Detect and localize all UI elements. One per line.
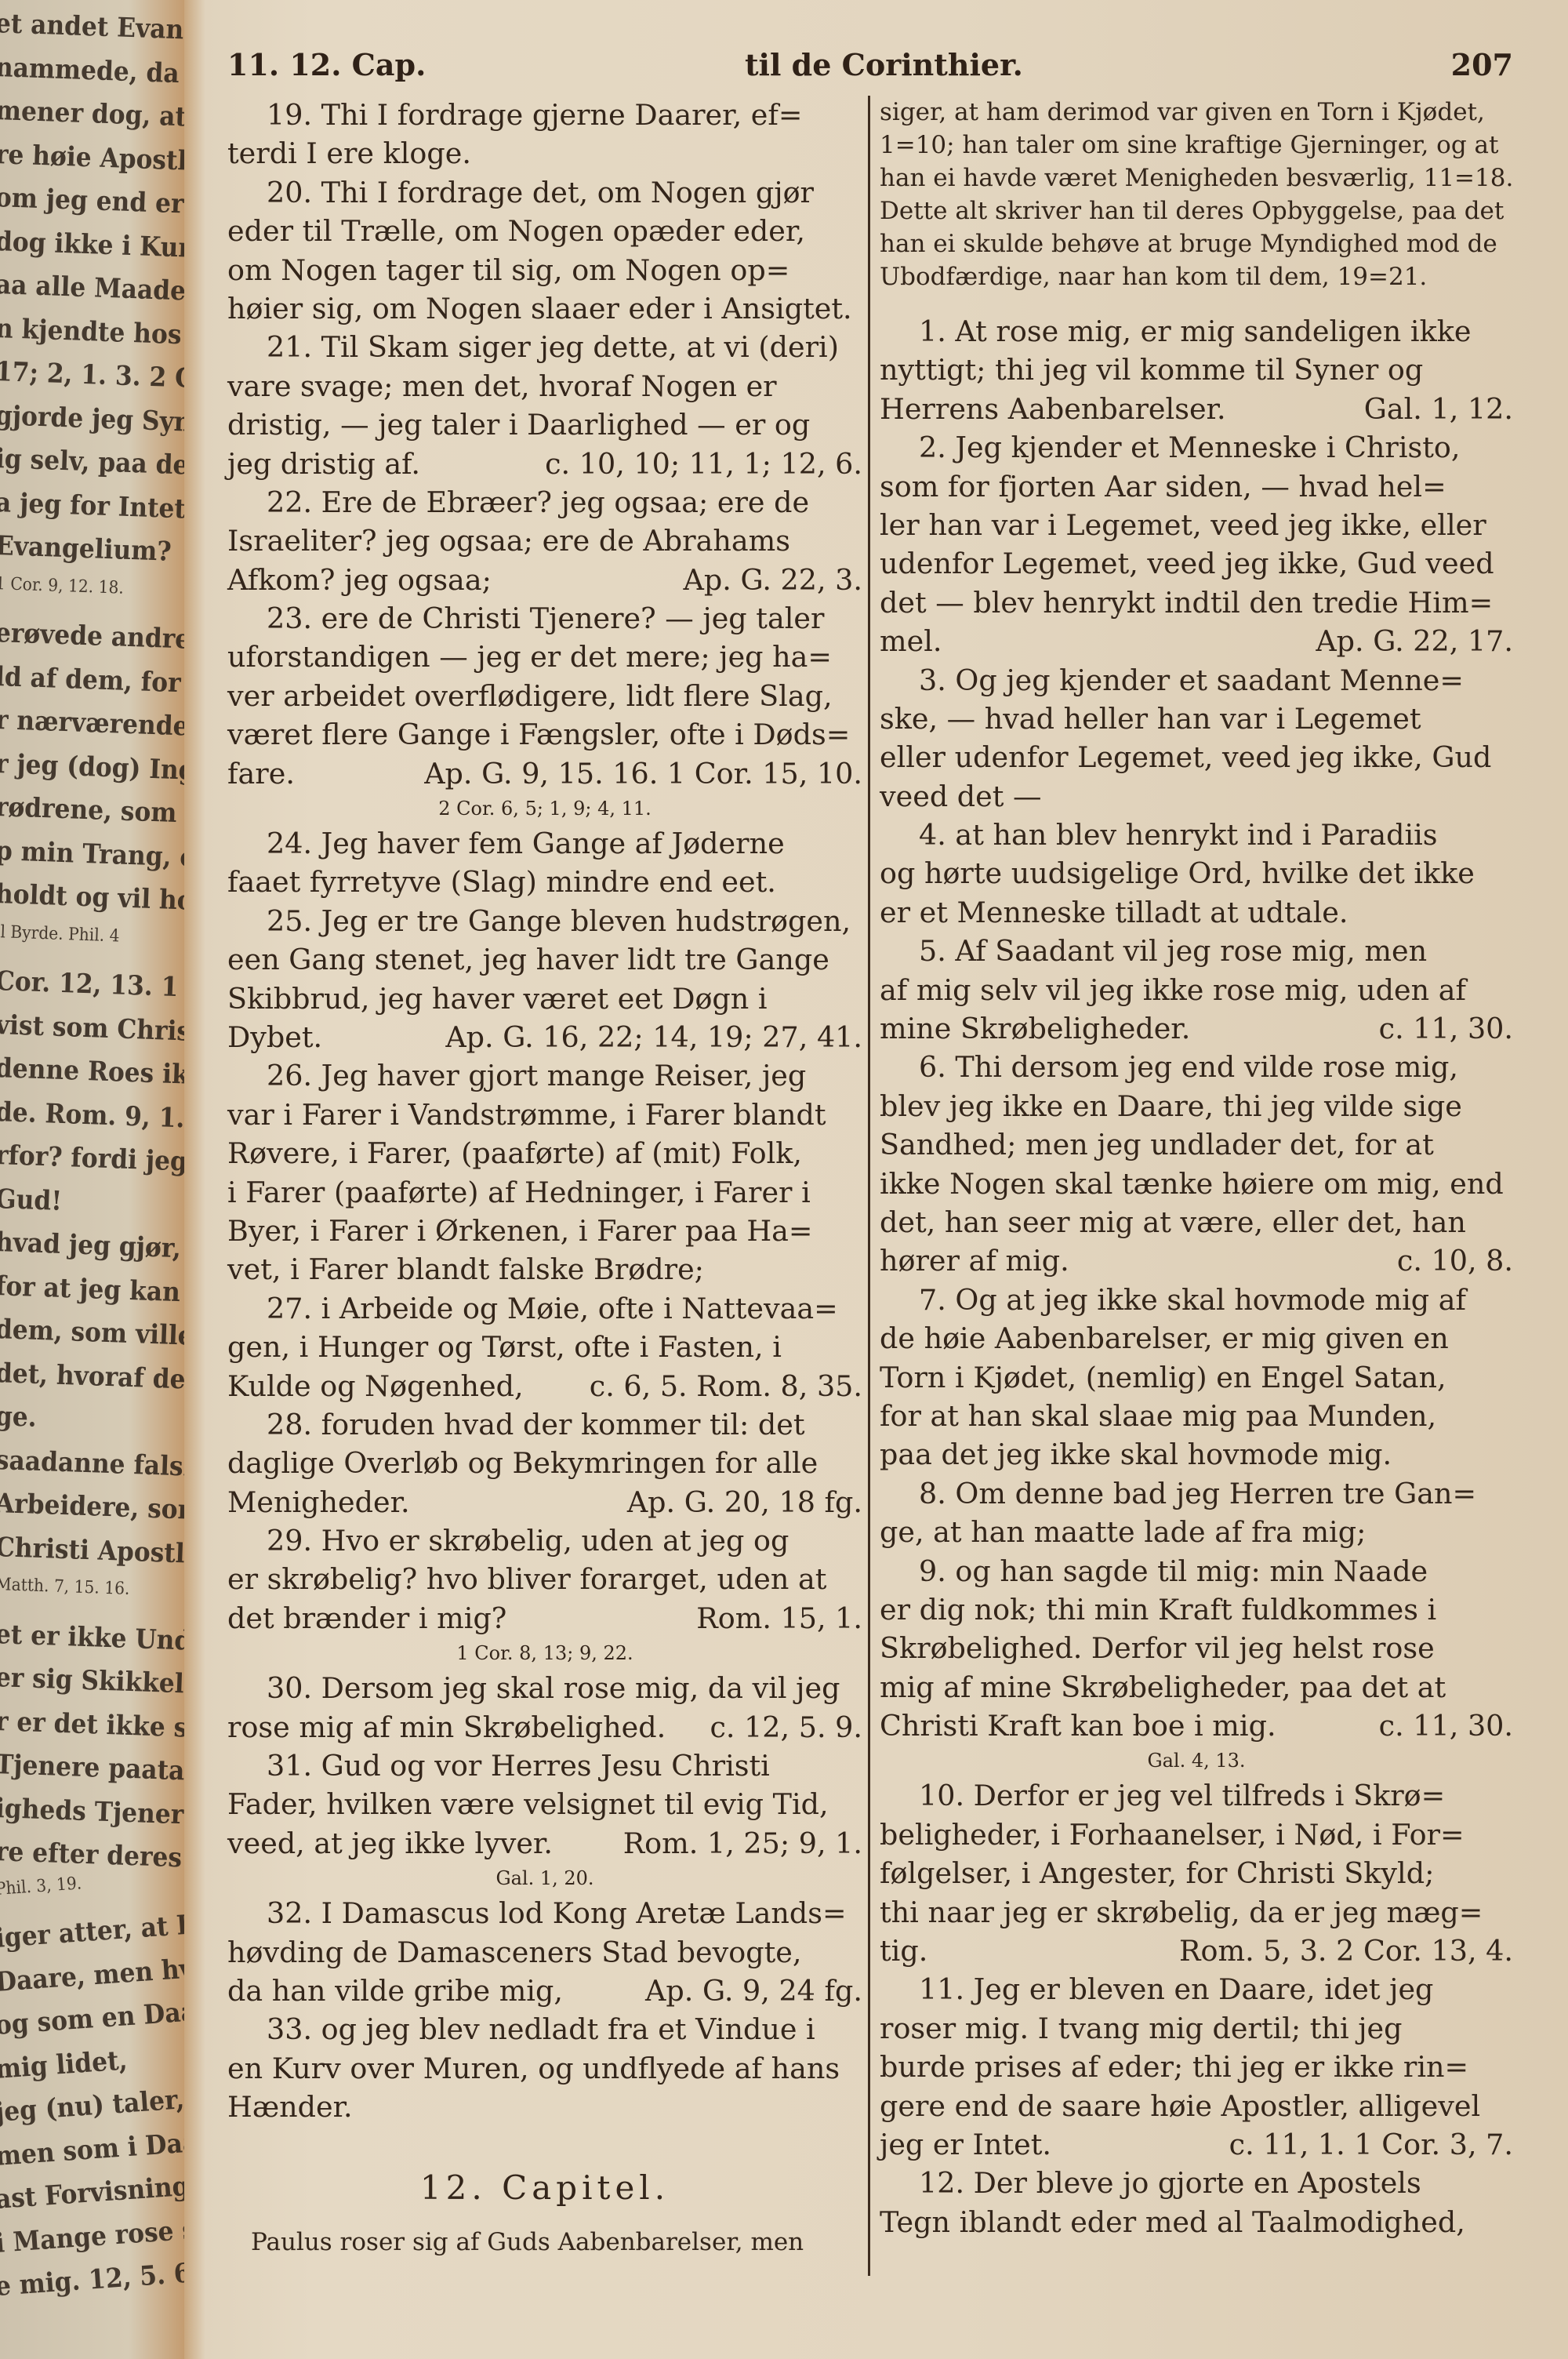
verse-start-line: 23. ere de Christi Tjenere? — jeg taler bbox=[227, 599, 862, 638]
verse-line-with-reference: jeg er Intet.c. 11, 1. 1 Cor. 3, 7. bbox=[880, 2125, 1513, 2164]
page-number: 207 bbox=[1451, 47, 1513, 82]
verse-text: Afkom? jeg ogsaa; bbox=[227, 561, 492, 599]
chapter-summary-line: Dette alt skriver han til deres Opbyggel… bbox=[880, 194, 1513, 227]
verse-text: veed, at jeg ikke lyver. bbox=[227, 1824, 553, 1863]
verse-line: vare svage; men det, hvoraf Nogen er bbox=[227, 367, 862, 405]
previous-page-line: rødrene, som kom fra bbox=[0, 791, 184, 833]
verse-line: faaet fyrretyve (Slag) mindre end eet. bbox=[227, 863, 862, 901]
marginal-cross-reference: Gal. 4, 13. bbox=[880, 1745, 1513, 1776]
previous-page-line: hvad jeg gjør, det vil je bbox=[0, 1227, 184, 1269]
previous-page-line: gjorde jeg Synd, der bbox=[0, 400, 184, 441]
verse-line: paa det jeg ikke skal hovmode mig. bbox=[880, 1435, 1513, 1474]
previous-page-line: og som en Daare, at je bbox=[0, 1989, 184, 2041]
previous-page-line: Cor. 12, 13. 1 Thess. 2, 9. bbox=[0, 965, 184, 1009]
verse-line: i Farer (paaførte) af Hedninger, i Farer… bbox=[227, 1173, 862, 1212]
verse-text: det brænder i mig? bbox=[227, 1599, 506, 1637]
previous-page-line: e mig. 12, 5. 6. bbox=[0, 2257, 184, 2303]
verse-start-line: 27. i Arbeide og Møie, ofte i Nattevaa= bbox=[227, 1289, 862, 1328]
verse-start-line: 33. og jeg blev nedladt fra et Vindue i bbox=[227, 2010, 862, 2048]
previous-page-line: il Byrde. Phil. 4 bbox=[0, 922, 120, 947]
previous-page-line: aa alle Maader ere vi bbox=[0, 269, 184, 311]
verse-start-line: 7. Og at jeg ikke skal hovmode mig af bbox=[880, 1281, 1513, 1319]
verse-start-line: 5. Af Saadant vil jeg rose mig, men bbox=[880, 932, 1513, 970]
verse-start-line: 28. foruden hvad der kommer til: det bbox=[227, 1405, 862, 1444]
verse-text: Herrens Aabenbarelser. bbox=[880, 390, 1226, 428]
book-page-spread: et andet Evangenammede, da fordragmener … bbox=[0, 0, 1568, 2359]
previous-page-line: men som i Daarlighed bbox=[0, 2120, 184, 2172]
verse-line: er skrøbelig? hvo bliver forarget, uden … bbox=[227, 1560, 862, 1598]
column-divider-rule bbox=[868, 96, 870, 2276]
cross-reference: Gal. 1, 12. bbox=[1364, 390, 1513, 428]
previous-page-line: det, hvoraf de rose si bbox=[0, 1358, 184, 1399]
verse-line-with-reference: veed, at jeg ikke lyver.Rom. 1, 25; 9, 1… bbox=[227, 1824, 862, 1863]
cross-reference: c. 11, 1. 1 Cor. 3, 7. bbox=[1229, 2125, 1513, 2164]
verse-line: Skrøbelighed. Derfor vil jeg helst rose bbox=[880, 1629, 1513, 1667]
verse-start-line: 24. Jeg haver fem Gange af Jøderne bbox=[227, 824, 862, 863]
verse-text: mine Skrøbeligheder. bbox=[880, 1009, 1190, 1048]
verse-line: følgelser, i Angester, for Christi Skyld… bbox=[880, 1854, 1513, 1892]
previous-page-line: igheds Tjenere; men bbox=[0, 1793, 184, 1834]
previous-page-line: a jeg for Intet forkyn bbox=[0, 487, 184, 529]
previous-page-line: n kjendte hos eder. bbox=[0, 313, 184, 354]
verse-line: Sandhed; men jeg undlader det, for at bbox=[880, 1125, 1513, 1164]
previous-page-line: i Mange rose sig efter bbox=[0, 2207, 184, 2259]
verse-line: ikke Nogen skal tænke høiere om mig, end bbox=[880, 1165, 1513, 1203]
verse-line-with-reference: Herrens Aabenbarelser.Gal. 1, 12. bbox=[880, 390, 1513, 428]
verse-line: Hænder. bbox=[227, 2088, 862, 2126]
verse-line: Israeliter? jeg ogsaa; ere de Abrahams bbox=[227, 522, 862, 560]
previous-page-line: mener dog, at jeg er ik bbox=[0, 95, 184, 137]
previous-page-line: r jeg (dog) Ingen til bbox=[0, 748, 184, 789]
verse-start-line: 19. Thi I fordrage gjerne Daarer, ef= bbox=[227, 96, 862, 134]
verse-text: fare. bbox=[227, 754, 295, 793]
verse-line-with-reference: rose mig af min Skrøbelighed.c. 12, 5. 9… bbox=[227, 1708, 862, 1747]
verse-start-line: 3. Og jeg kjender et saadant Menne= bbox=[880, 661, 1513, 700]
verse-line-with-reference: da han vilde gribe mig,Ap. G. 9, 24 fg. bbox=[227, 1972, 862, 2010]
verse-line: ver arbeidet overflødigere, lidt flere S… bbox=[227, 677, 862, 715]
verse-start-line: 9. og han sagde til mig: min Naade bbox=[880, 1552, 1513, 1590]
verse-line: Torn i Kjødet, (nemlig) en Engel Satan, bbox=[880, 1358, 1513, 1397]
cross-reference: Ap. G. 9, 24 fg. bbox=[645, 1972, 862, 2010]
previous-page-line: dem, som ville have An bbox=[0, 1314, 184, 1356]
verse-line-with-reference: det brænder i mig?Rom. 15, 1. bbox=[227, 1599, 862, 1637]
verse-start-line: 30. Dersom jeg skal rose mig, da vil jeg bbox=[227, 1669, 862, 1707]
previous-page-line: Christi Apostler, bbox=[0, 1532, 184, 1571]
verse-line: vet, i Farer blandt falske Brødre; bbox=[227, 1250, 862, 1289]
verse-start-line: 8. Om denne bad jeg Herren tre Gan= bbox=[880, 1474, 1513, 1513]
verse-start-line: 2. Jeg kjender et Menneske i Christo, bbox=[880, 428, 1513, 467]
previous-page-line: ld af dem, for at tjene e bbox=[0, 661, 184, 703]
verse-line: er et Menneske tilladt at udtale. bbox=[880, 893, 1513, 932]
verse-line: mig af mine Skrøbeligheder, paa det at bbox=[880, 1668, 1513, 1707]
verse-line: Fader, hvilken være velsignet til evig T… bbox=[227, 1785, 862, 1823]
verse-line: blev jeg ikke en Daare, thi jeg vilde si… bbox=[880, 1087, 1513, 1125]
previous-page-line: iger atter, at Ingen m bbox=[0, 1903, 184, 1954]
verse-line: terdi I ere kloge. bbox=[227, 134, 862, 173]
verse-line: dristig, — jeg taler i Daarlighed — er o… bbox=[227, 405, 862, 444]
verse-line-with-reference: mel.Ap. G. 22, 17. bbox=[880, 622, 1513, 660]
verse-start-line: 4. at han blev henrykt ind i Paradiis bbox=[880, 816, 1513, 854]
cross-reference: Ap. G. 22, 17. bbox=[1316, 622, 1513, 660]
previous-page-line: r nærværende hos eder bbox=[0, 704, 184, 747]
cross-reference: c. 6, 5. Rom. 8, 35. bbox=[590, 1367, 862, 1405]
previous-page-line: r er det ikke synderlig bbox=[0, 1706, 184, 1748]
running-header: 11. 12. Cap. til de Corinthier. 207 bbox=[227, 47, 1513, 94]
cross-reference: Ap. G. 20, 18 fg. bbox=[627, 1483, 862, 1521]
verse-line-with-reference: tig.Rom. 5, 3. 2 Cor. 13, 4. bbox=[880, 1932, 1513, 1970]
verse-text: Kulde og Nøgenhed, bbox=[227, 1367, 524, 1405]
verse-line: det, han seer mig at være, eller det, ha… bbox=[880, 1203, 1513, 1241]
verse-line-with-reference: hører af mig.c. 10, 8. bbox=[880, 1241, 1513, 1280]
previous-page-line: om jeg end er ulær bbox=[0, 182, 184, 223]
marginal-cross-reference: 2 Cor. 6, 5; 1, 9; 4, 11. bbox=[227, 793, 862, 824]
previous-page-line: erøvede andre Menighe bbox=[0, 617, 184, 660]
verse-line: eder til Trælle, om Nogen opæder eder, bbox=[227, 212, 862, 250]
chapter-summary-line: han ei skulde behøve at bruge Myndighed … bbox=[880, 227, 1513, 260]
previous-page-line: vist som Christi Sa bbox=[0, 1009, 184, 1049]
verse-line: burde prises af eder; thi jeg er ikke ri… bbox=[880, 2048, 1513, 2086]
previous-page-line: nammede, da fordrag bbox=[0, 52, 184, 93]
verse-line: roser mig. I tvang mig dertil; thi jeg bbox=[880, 2009, 1513, 2048]
verse-line: veed det — bbox=[880, 777, 1513, 816]
verse-line: ske, — hvad heller han var i Legemet bbox=[880, 700, 1513, 738]
previous-page-line: ge. bbox=[0, 1401, 37, 1434]
cross-reference: Ap. G. 22, 3. bbox=[684, 561, 862, 599]
verse-line: af mig selv vil jeg ikke rose mig, uden … bbox=[880, 971, 1513, 1009]
cross-reference: c. 10, 10; 11, 1; 12, 6. bbox=[545, 445, 862, 483]
previous-page-line: 1 Cor. 9, 12. 18. bbox=[0, 574, 124, 598]
marginal-cross-reference: 1 Cor. 8, 13; 9, 22. bbox=[227, 1637, 862, 1669]
verse-line: uforstandigen — jeg er det mere; jeg ha= bbox=[227, 638, 862, 676]
verse-start-line: 20. Thi I fordrage det, om Nogen gjør bbox=[227, 173, 862, 212]
verse-line: gen, i Hunger og Tørst, ofte i Fasten, i bbox=[227, 1328, 862, 1366]
verse-text: Christi Kraft kan boe i mig. bbox=[880, 1707, 1276, 1745]
previous-page-line: re efter deres Gjerning bbox=[0, 1836, 184, 1878]
cross-reference: c. 10, 8. bbox=[1397, 1241, 1513, 1280]
verse-line-with-reference: Kulde og Nøgenhed,c. 6, 5. Rom. 8, 35. bbox=[227, 1367, 862, 1405]
verse-start-line: 6. Thi dersom jeg end vilde rose mig, bbox=[880, 1048, 1513, 1086]
previous-page-line: mig lidet, bbox=[0, 2045, 129, 2085]
verse-line: beligheder, i Forhaanelser, i Nød, i For… bbox=[880, 1816, 1513, 1854]
cross-reference: Ap. G. 16, 22; 14, 19; 27, 41. bbox=[445, 1018, 862, 1056]
previous-page-line: for at jeg kan afskjær bbox=[0, 1270, 184, 1312]
right-text-column: siger, at ham derimod var given en Torn … bbox=[880, 96, 1513, 2241]
verse-start-line: 10. Derfor er jeg vel tilfreds i Skrø= bbox=[880, 1776, 1513, 1815]
previous-page-line: rfor? fordi jeg ikke els bbox=[0, 1140, 184, 1182]
verse-start-line: 29. Hvo er skrøbelig, uden at jeg og bbox=[227, 1521, 862, 1560]
previous-page-line: Tjenere paatage sig Sk bbox=[0, 1749, 184, 1791]
verse-line-with-reference: mine Skrøbeligheder.c. 11, 30. bbox=[880, 1009, 1513, 1048]
chapter-summary-line: han ei havde været Menigheden besværlig,… bbox=[880, 162, 1513, 194]
previous-page-line: Gud! bbox=[0, 1183, 63, 1217]
verse-start-line: 12. Der bleve jo gjorte en Apostels bbox=[880, 2164, 1513, 2202]
verse-line: og hørte uudsigelige Ord, hvilke det ikk… bbox=[880, 854, 1513, 892]
verse-start-line: 32. I Damascus lod Kong Aretæ Lands= bbox=[227, 1894, 862, 1932]
verse-line-with-reference: Christi Kraft kan boe i mig.c. 11, 30. bbox=[880, 1707, 1513, 1745]
verse-line: een Gang stenet, jeg haver lidt tre Gang… bbox=[227, 940, 862, 979]
verse-line: Tegn iblandt eder med al Taalmodighed, bbox=[880, 2203, 1513, 2241]
previous-page-line: re høie Apostler. bbox=[0, 139, 184, 178]
verse-line: de høie Aabenbarelser, er mig given en bbox=[880, 1319, 1513, 1358]
previous-page-line: Arbeidere, som paata bbox=[0, 1488, 184, 1529]
verse-line: om Nogen tager til sig, om Nogen op= bbox=[227, 251, 862, 289]
previous-page-line: Daare, men hvis end bbox=[0, 1947, 184, 1998]
verse-start-line: 26. Jeg haver gjort mange Reiser, jeg bbox=[227, 1056, 862, 1095]
verse-line: nyttigt; thi jeg vil komme til Syner og bbox=[880, 351, 1513, 389]
previous-page-line: de. Rom. 9, 1. 1 C bbox=[0, 1096, 184, 1136]
marginal-cross-reference: Gal. 1, 20. bbox=[227, 1863, 862, 1894]
verse-line: høier sig, om Nogen slaaer eder i Ansigt… bbox=[227, 289, 862, 328]
previous-page-line: et andet Evange bbox=[0, 8, 184, 47]
verse-start-line: 1. At rose mig, er mig sandeligen ikke bbox=[880, 312, 1513, 351]
verse-line: eller udenfor Legemet, veed jeg ikke, Gu… bbox=[880, 738, 1513, 776]
chapter-summary-line: Ubodfærdige, naar han kom til dem, 19=21… bbox=[880, 260, 1513, 293]
chapter-heading: 12. Capitel. bbox=[227, 2150, 862, 2226]
verse-line: det — blev henrykt indtil den tredie Him… bbox=[880, 583, 1513, 622]
cross-reference: c. 12, 5. 9. bbox=[710, 1708, 862, 1747]
verse-line-with-reference: fare.Ap. G. 9, 15. 16. 1 Cor. 15, 10. bbox=[227, 754, 862, 793]
verse-line: for at han skal slaae mig paa Munden, bbox=[880, 1397, 1513, 1435]
verse-line-with-reference: Afkom? jeg ogsaa;Ap. G. 22, 3. bbox=[227, 561, 862, 599]
previous-page-fragment: et andet Evangenammede, da fordragmener … bbox=[0, 0, 184, 2359]
verse-text: hører af mig. bbox=[880, 1241, 1069, 1280]
previous-page-line: saadanne falske Apo bbox=[0, 1445, 184, 1486]
cross-reference: Rom. 5, 3. 2 Cor. 13, 4. bbox=[1179, 1932, 1513, 1970]
chapter-summary-line: Paulus roser sig af Guds Aabenbarelser, … bbox=[227, 2226, 862, 2259]
cross-reference: Rom. 1, 25; 9, 1. bbox=[623, 1824, 862, 1863]
previous-page-line: dog ikke i Kundskab bbox=[0, 226, 184, 267]
verse-line: udenfor Legemet, veed jeg ikke, Gud veed bbox=[880, 544, 1513, 583]
previous-page-line: er sig Skikkelse af en bbox=[0, 1662, 184, 1703]
verse-line: Byer, i Farer i Ørkenen, i Farer paa Ha= bbox=[227, 1212, 862, 1250]
verse-text: jeg dristig af. bbox=[227, 445, 420, 483]
verse-line-with-reference: Menigheder.Ap. G. 20, 18 fg. bbox=[227, 1483, 862, 1521]
verse-start-line: 21. Til Skam siger jeg dette, at vi (der… bbox=[227, 328, 862, 366]
verse-text: da han vilde gribe mig, bbox=[227, 1972, 563, 2010]
verse-start-line: 22. Ere de Ebræer? jeg ogsaa; ere de bbox=[227, 483, 862, 522]
verse-line: daglige Overløb og Bekymringen for alle bbox=[227, 1444, 862, 1482]
verse-line: gere end de saare høie Apostler, alligev… bbox=[880, 2087, 1513, 2125]
verse-line: thi naar jeg er skrøbelig, da er jeg mæg… bbox=[880, 1893, 1513, 1932]
previous-page-line: Matth. 7, 15. 16. bbox=[0, 1575, 130, 1599]
verse-line: Røvere, i Farer, (paaførte) af (mit) Fol… bbox=[227, 1134, 862, 1172]
verse-line: Skibbrud, jeg haver været eet Døgn i bbox=[227, 980, 862, 1018]
cross-reference: Rom. 15, 1. bbox=[696, 1599, 862, 1637]
previous-page-line: holdt og vil holde mi bbox=[0, 878, 184, 920]
verse-line: høvding de Damasceners Stad bevogte, bbox=[227, 1933, 862, 1972]
previous-page-line: Phil. 3, 19. bbox=[0, 1874, 82, 1899]
verse-line-with-reference: jeg dristig af.c. 10, 10; 11, 1; 12, 6. bbox=[227, 445, 862, 483]
chapter-summary-line: 1=10; han taler om sine kraftige Gjernin… bbox=[880, 129, 1513, 162]
verse-text: Menigheder. bbox=[227, 1483, 410, 1521]
verse-line: en Kurv over Muren, og undflyede af hans bbox=[227, 2049, 862, 2088]
verse-start-line: 31. Gud og vor Herres Jesu Christi bbox=[227, 1747, 862, 1785]
previous-page-line: et er ikke Under; thi Sa bbox=[0, 1619, 184, 1661]
cross-reference: c. 11, 30. bbox=[1379, 1009, 1513, 1048]
verse-line: som for fjorten Aar siden, — hvad hel= bbox=[880, 467, 1513, 506]
verse-text: jeg er Intet. bbox=[880, 2125, 1051, 2164]
previous-page-line: denne Roes ikke betage bbox=[0, 1052, 184, 1096]
verse-line-with-reference: Dybet.Ap. G. 16, 22; 14, 19; 27, 41. bbox=[227, 1018, 862, 1056]
header-book-title: til de Corinthier. bbox=[745, 47, 1023, 82]
previous-page-line: ig selv, paa det at bbox=[0, 443, 184, 483]
previous-page-line: p min Trang, og i alle bbox=[0, 835, 184, 877]
verse-line: var i Farer i Vandstrømme, i Farer bland… bbox=[227, 1096, 862, 1134]
verse-start-line: 11. Jeg er bleven en Daare, idet jeg bbox=[880, 1970, 1513, 2008]
previous-page-line: jeg (nu) taler, taler je bbox=[0, 2077, 184, 2128]
chapter-summary-line: siger, at ham derimod var given en Torn … bbox=[880, 96, 1513, 129]
verse-line: ge, at han maatte lade af fra mig; bbox=[880, 1513, 1513, 1551]
verse-line: ler han var i Legemet, veed jeg ikke, el… bbox=[880, 506, 1513, 544]
header-chapter-range: 11. 12. Cap. bbox=[227, 47, 426, 82]
verse-line: været flere Gange i Fængsler, ofte i Død… bbox=[227, 715, 862, 754]
previous-page-line: Evangelium? bbox=[0, 530, 172, 568]
verse-text: mel. bbox=[880, 622, 942, 660]
previous-page-line: 17; 2, 1. 3. 2 Cor. 5, 11. bbox=[0, 356, 184, 398]
verse-start-line: 25. Jeg er tre Gange bleven hudstrøgen, bbox=[227, 902, 862, 940]
verse-text: tig. bbox=[880, 1932, 927, 1970]
cross-reference: Ap. G. 9, 15. 16. 1 Cor. 15, 10. bbox=[424, 754, 862, 793]
left-text-column: 19. Thi I fordrage gjerne Daarer, ef=ter… bbox=[227, 96, 862, 2259]
verse-line: er dig nok; thi min Kraft fuldkommes i bbox=[880, 1590, 1513, 1629]
cross-reference: c. 11, 30. bbox=[1379, 1707, 1513, 1745]
spacer bbox=[880, 293, 1513, 312]
verse-text: rose mig af min Skrøbelighed. bbox=[227, 1708, 666, 1747]
verse-text: Dybet. bbox=[227, 1018, 322, 1056]
